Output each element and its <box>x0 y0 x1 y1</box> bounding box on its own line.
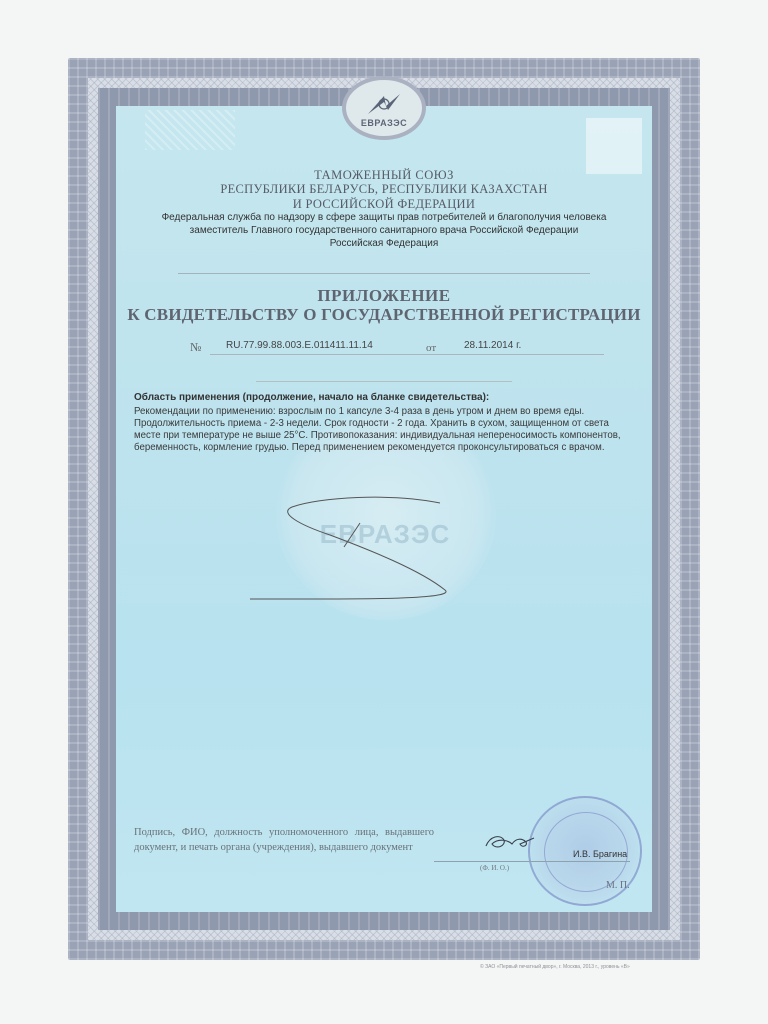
bird-emblem-icon <box>362 90 406 118</box>
scope-section: Область применения (продолжение, начало … <box>134 392 634 454</box>
registration-row: № RU.77.99.88.003.E.011411.11.14 от 28.1… <box>190 338 604 356</box>
page-closing-signature-icon <box>240 495 460 605</box>
scope-title: Область применения (продолжение, начало … <box>134 392 634 403</box>
handwritten-signature-icon <box>482 830 538 854</box>
agency-line-2: заместитель Главного государственного са… <box>116 225 652 236</box>
watermark-pattern <box>145 110 235 150</box>
authority-underline <box>178 273 590 274</box>
agency-line-1: Федеральная служба по надзору в сфере за… <box>116 212 652 223</box>
agency-line-3: Российская Федерация <box>116 238 652 249</box>
union-title-line-2: РЕСПУБЛИКИ БЕЛАРУСЬ, РЕСПУБЛИКИ КАЗАХСТА… <box>116 182 652 197</box>
stamp-place-mark: М. П. <box>606 880 630 891</box>
registration-date: 28.11.2014 г. <box>464 340 521 351</box>
logo-text: ЕВРАЗЭС <box>361 118 407 128</box>
signature-underline <box>434 861 630 862</box>
signature-caption: Подпись, ФИО, должность уполномоченного … <box>134 826 434 855</box>
document-title: ПРИЛОЖЕНИЕ <box>116 286 652 306</box>
document-subtitle: К СВИДЕТЕЛЬСТВУ О ГОСУДАРСТВЕННОЙ РЕГИСТ… <box>116 305 652 325</box>
hologram-area <box>586 118 642 174</box>
date-label: от <box>426 342 436 354</box>
info-caption-line <box>256 381 512 382</box>
eurasec-logo: ЕВРАЗЭС <box>334 72 434 144</box>
number-label: № <box>190 340 201 355</box>
registration-number: RU.77.99.88.003.E.011411.11.14 <box>226 340 373 351</box>
scope-body: Рекомендации по применению: взрослым по … <box>134 406 634 454</box>
printer-imprint: © ЗАО «Первый печатный двор», г. Москва,… <box>480 964 630 970</box>
signer-name: И.В. Брагина <box>573 849 627 859</box>
union-title-line-1: ТАМОЖЕННЫЙ СОЮЗ <box>116 168 652 183</box>
fio-caption: (Ф. И. О.) <box>480 864 509 872</box>
date-underline <box>448 354 604 355</box>
eurasec-emblem-icon: ЕВРАЗЭС <box>342 76 426 140</box>
number-underline <box>210 354 460 355</box>
union-title-line-3: И РОССИЙСКОЙ ФЕДЕРАЦИИ <box>116 197 652 212</box>
